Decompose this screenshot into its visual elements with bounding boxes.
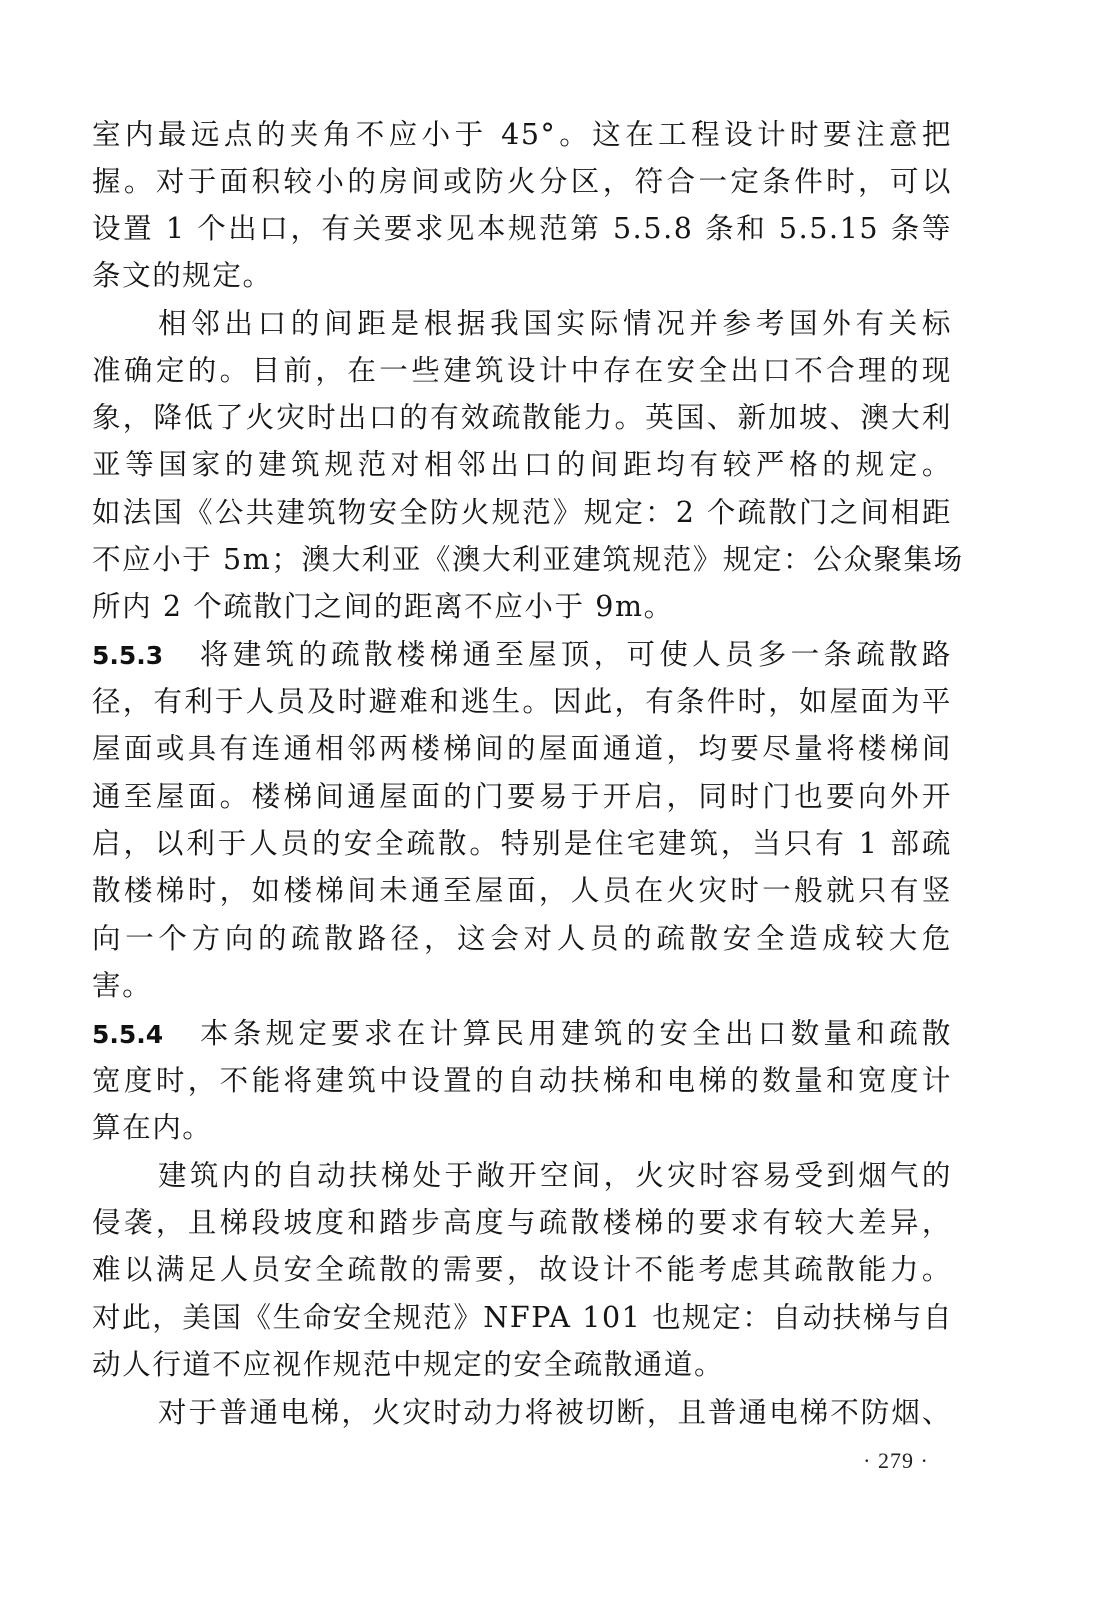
paragraph-1-line-1: 室内最远点的夹角不应小于 45°。这在工程设计时要注意把: [92, 113, 952, 157]
section-5-5-4-text: 本条规定要求在计算民用建筑的安全出口数量和疏散: [197, 1017, 952, 1050]
section-5-5-4-line-1: 5.5.4本条规定要求在计算民用建筑的安全出口数量和疏散: [92, 1012, 952, 1056]
escalator-paragraph-line-5: 动人行道不应视作规范中规定的安全疏散通道。: [92, 1343, 952, 1387]
section-5-5-3-line-2: 径，有利于人员及时避难和逃生。因此，有条件时，如屋面为平: [92, 680, 952, 724]
section-5-5-3-line-5: 启，以利于人员的安全疏散。特别是住宅建筑，当只有 1 部疏: [92, 822, 952, 866]
paragraph-2-line-6: 不应小于 5m；澳大利亚《澳大利亚建筑规范》规定：公众聚集场: [92, 538, 952, 582]
escalator-paragraph-line-3: 难以满足人员安全疏散的需要，故设计不能考虑其疏散能力。: [92, 1248, 952, 1292]
paragraph-2-line-4: 亚等国家的建筑规范对相邻出口的间距均有较严格的规定。: [92, 443, 952, 487]
section-5-5-3-line-3: 屋面或具有连通相邻两楼梯间的屋面通道，均要尽量将楼梯间: [92, 727, 952, 771]
section-5-5-4-line-2: 宽度时，不能将建筑中设置的自动扶梯和电梯的数量和宽度计: [92, 1059, 952, 1103]
section-number: 5.5.3: [92, 641, 163, 670]
escalator-paragraph-line-2: 侵袭，且梯段坡度和踏步高度与疏散楼梯的要求有较大差异，: [92, 1201, 952, 1245]
book-page: 室内最远点的夹角不应小于 45°。这在工程设计时要注意把 握。对于面积较小的房间…: [0, 0, 1094, 1600]
paragraph-2-line-1: 相邻出口的间距是根据我国实际情况并参考国外有关标: [158, 302, 952, 346]
section-5-5-3-line-7: 向一个方向的疏散路径，这会对人员的疏散安全造成较大危: [92, 917, 952, 961]
section-5-5-3-line-8: 害。: [92, 964, 952, 1008]
elevator-paragraph-line-1: 对于普通电梯，火灾时动力将被切断，且普通电梯不防烟、: [158, 1391, 952, 1435]
section-5-5-4-line-3: 算在内。: [92, 1106, 952, 1150]
paragraph-2-line-2: 准确定的。目前，在一些建筑设计中存在安全出口不合理的现: [92, 349, 952, 393]
section-5-5-3-line-6: 散楼梯时，如楼梯间未通至屋面，人员在火灾时一般就只有竖: [92, 869, 952, 913]
paragraph-1-line-4: 条文的规定。: [92, 254, 952, 298]
page-number: · 279 ·: [836, 1448, 956, 1474]
paragraph-2-line-3: 象，降低了火灾时出口的有效疏散能力。英国、新加坡、澳大利: [92, 396, 952, 440]
section-number: 5.5.4: [92, 1020, 163, 1049]
paragraph-2-line-7: 所内 2 个疏散门之间的距离不应小于 9m。: [92, 585, 952, 629]
paragraph-2-line-5: 如法国《公共建筑物安全防火规范》规定：2 个疏散门之间相距: [92, 491, 952, 535]
escalator-paragraph-line-4: 对此，美国《生命安全规范》NFPA 101 也规定：自动扶梯与自: [92, 1296, 952, 1340]
section-5-5-3-line-1: 5.5.3将建筑的疏散楼梯通至屋顶，可使人员多一条疏散路: [92, 633, 952, 677]
section-5-5-3-text: 将建筑的疏散楼梯通至屋顶，可使人员多一条疏散路: [197, 638, 952, 671]
paragraph-1-line-3: 设置 1 个出口，有关要求见本规范第 5.5.8 条和 5.5.15 条等: [92, 207, 952, 251]
escalator-paragraph-line-1: 建筑内的自动扶梯处于敞开空间，火灾时容易受到烟气的: [158, 1154, 952, 1198]
paragraph-1-line-2: 握。对于面积较小的房间或防火分区，符合一定条件时，可以: [92, 160, 952, 204]
section-5-5-3-line-4: 通至屋面。楼梯间通屋面的门要易于开启，同时门也要向外开: [92, 775, 952, 819]
